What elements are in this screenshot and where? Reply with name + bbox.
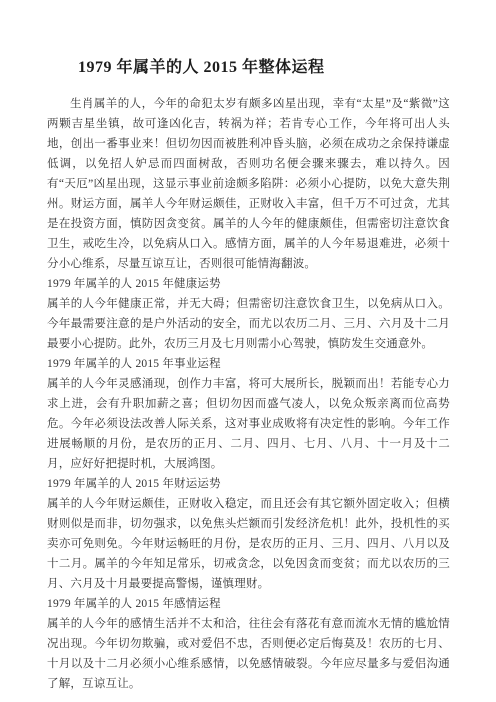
document-page: 1979 年属羊的人 2015 年整体运程 生肖属羊的人，今年的命犯太岁有颇多凶… <box>0 0 496 702</box>
section-body-health: 属羊的人今年健康正常，并无大碍；但需密切注意饮食卫生，以免病从口入。今年最需要注… <box>47 294 450 354</box>
section-heading-love: 1979 年属羊的人 2015 年感情运程 <box>47 594 450 614</box>
intro-paragraph: 生肖属羊的人，今年的命犯太岁有颇多凶星出现，幸有“太星”及“紫微”这两颗吉星坐镇… <box>47 94 450 274</box>
document-title: 1979 年属羊的人 2015 年整体运程 <box>78 56 450 80</box>
section-heading-career: 1979 年属羊的人 2015 年事业运程 <box>47 354 450 374</box>
section-body-career: 属羊的人今年灵感涌现，创作力丰富，将可大展所长，脱颖而出！若能专心力求上进，会有… <box>47 374 450 474</box>
section-heading-health: 1979 年属羊的人 2015 年健康运势 <box>47 274 450 294</box>
section-heading-wealth: 1979 年属羊的人 2015 年财运运势 <box>47 474 450 494</box>
section-body-love: 属羊的人今年的感情生活并不太和洽，往往会有落花有意而流水无情的尴尬情况出现。今年… <box>47 614 450 694</box>
section-body-wealth: 属羊的人今年财运颇佳，正财收入稳定，而且还会有其它额外固定收入；但横财则似是而非… <box>47 494 450 594</box>
